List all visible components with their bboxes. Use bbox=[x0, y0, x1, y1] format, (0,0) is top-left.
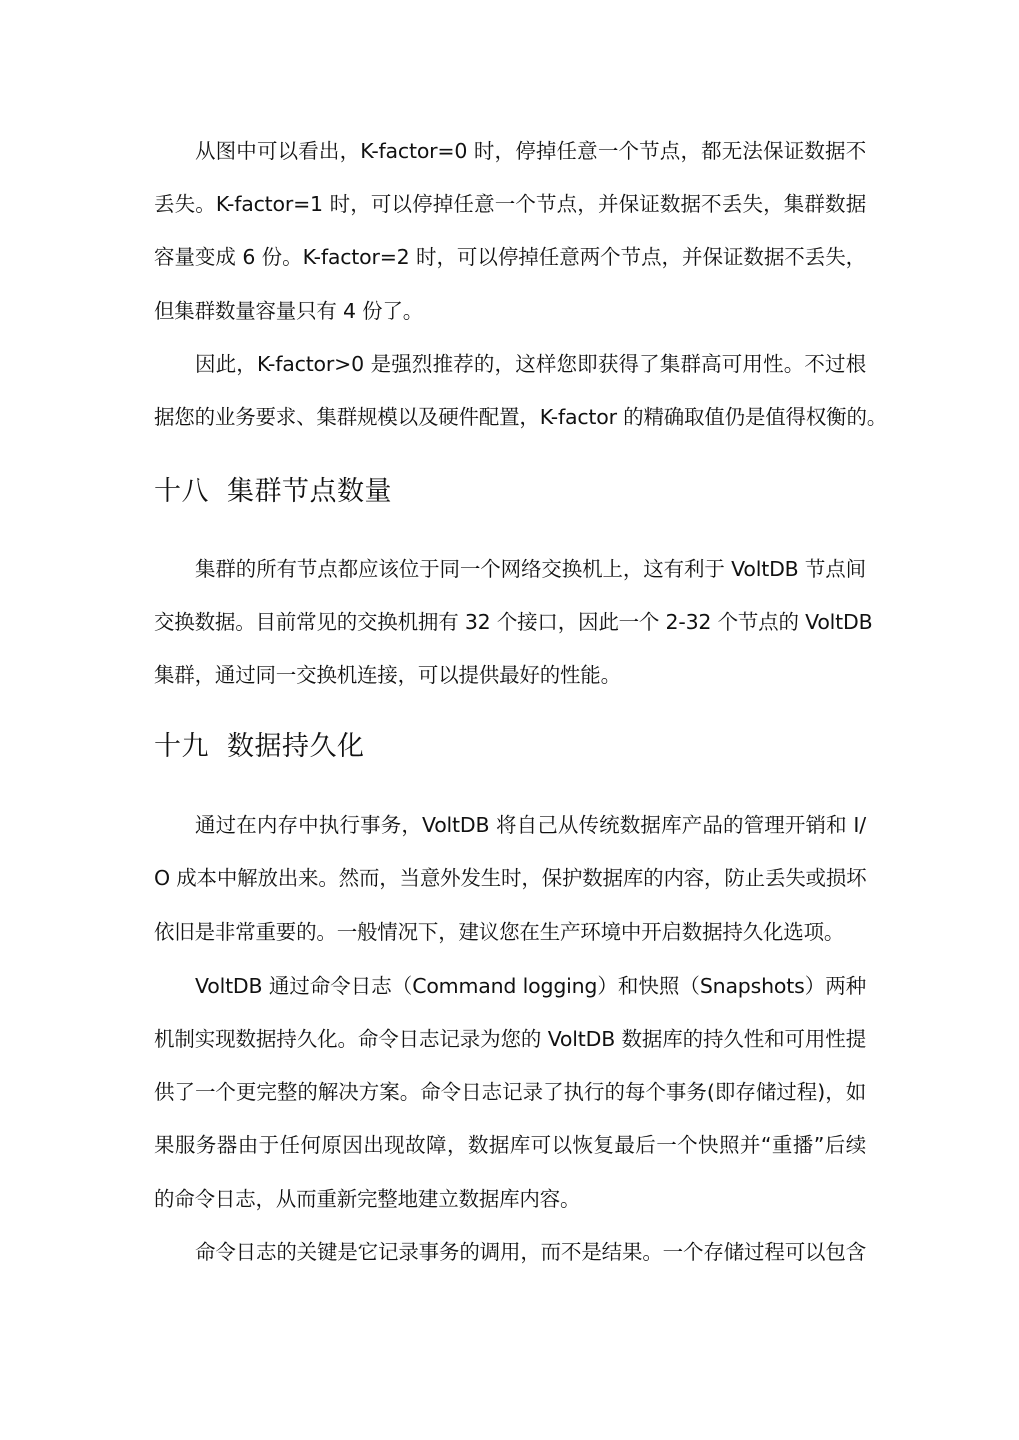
paragraph-line: 据您的业务要求、集群规模以及硬件配置，K-factor 的精确取值仍是值得权衡的… bbox=[154, 403, 866, 431]
section-number: 十八 bbox=[154, 476, 209, 507]
paragraph-line: 因此，K-factor>0 是强烈推荐的，这样您即获得了集群高可用性。不过根 bbox=[195, 350, 866, 378]
paragraph-line: 果服务器由于任何原因出现故障，数据库可以恢复最后一个快照并“重播”后续 bbox=[154, 1131, 866, 1159]
section-title: 数据持久化 bbox=[227, 731, 365, 762]
paragraph-line: 从图中可以看出，K-factor=0 时，停掉任意一个节点，都无法保证数据不 bbox=[195, 137, 866, 165]
paragraph-line: 的命令日志，从而重新完整地建立数据库内容。 bbox=[154, 1185, 866, 1213]
paragraph-line: 依旧是非常重要的。一般情况下，建议您在生产环境中开启数据持久化选项。 bbox=[154, 918, 866, 946]
document-page: 从图中可以看出，K-factor=0 时，停掉任意一个节点，都无法保证数据不 丢… bbox=[0, 0, 1019, 1440]
section-heading: 十八集群节点数量 bbox=[154, 475, 392, 509]
paragraph-line: 通过在内存中执行事务，VoltDB 将自己从传统数据库产品的管理开销和 I/ bbox=[195, 811, 866, 839]
paragraph-line: 但集群数量容量只有 4 份了。 bbox=[154, 297, 866, 325]
section-heading: 十九数据持久化 bbox=[154, 730, 365, 764]
paragraph-line: 交换数据。目前常见的交换机拥有 32 个接口，因此一个 2-32 个节点的 Vo… bbox=[154, 608, 866, 636]
paragraph-line: 集群，通过同一交换机连接，可以提供最好的性能。 bbox=[154, 661, 866, 689]
paragraph-line: VoltDB 通过命令日志（Command logging）和快照（Snapsh… bbox=[195, 972, 866, 1000]
paragraph-line: 命令日志的关键是它记录事务的调用，而不是结果。一个存储过程可以包含 bbox=[195, 1238, 866, 1266]
paragraph-line: O 成本中解放出来。然而，当意外发生时，保护数据库的内容，防止丢失或损坏 bbox=[154, 864, 866, 892]
section-title: 集群节点数量 bbox=[227, 476, 392, 507]
paragraph-line: 丢失。K-factor=1 时，可以停掉任意一个节点，并保证数据不丢失，集群数据 bbox=[154, 190, 866, 218]
section-number: 十九 bbox=[154, 731, 209, 762]
paragraph-line: 容量变成 6 份。K-factor=2 时，可以停掉任意两个节点，并保证数据不丢… bbox=[154, 243, 866, 271]
paragraph-line: 供了一个更完整的解决方案。命令日志记录了执行的每个事务(即存储过程)，如 bbox=[154, 1078, 866, 1106]
paragraph-line: 集群的所有节点都应该位于同一个网络交换机上，这有利于 VoltDB 节点间 bbox=[195, 555, 866, 583]
paragraph-line: 机制实现数据持久化。命令日志记录为您的 VoltDB 数据库的持久性和可用性提 bbox=[154, 1025, 866, 1053]
